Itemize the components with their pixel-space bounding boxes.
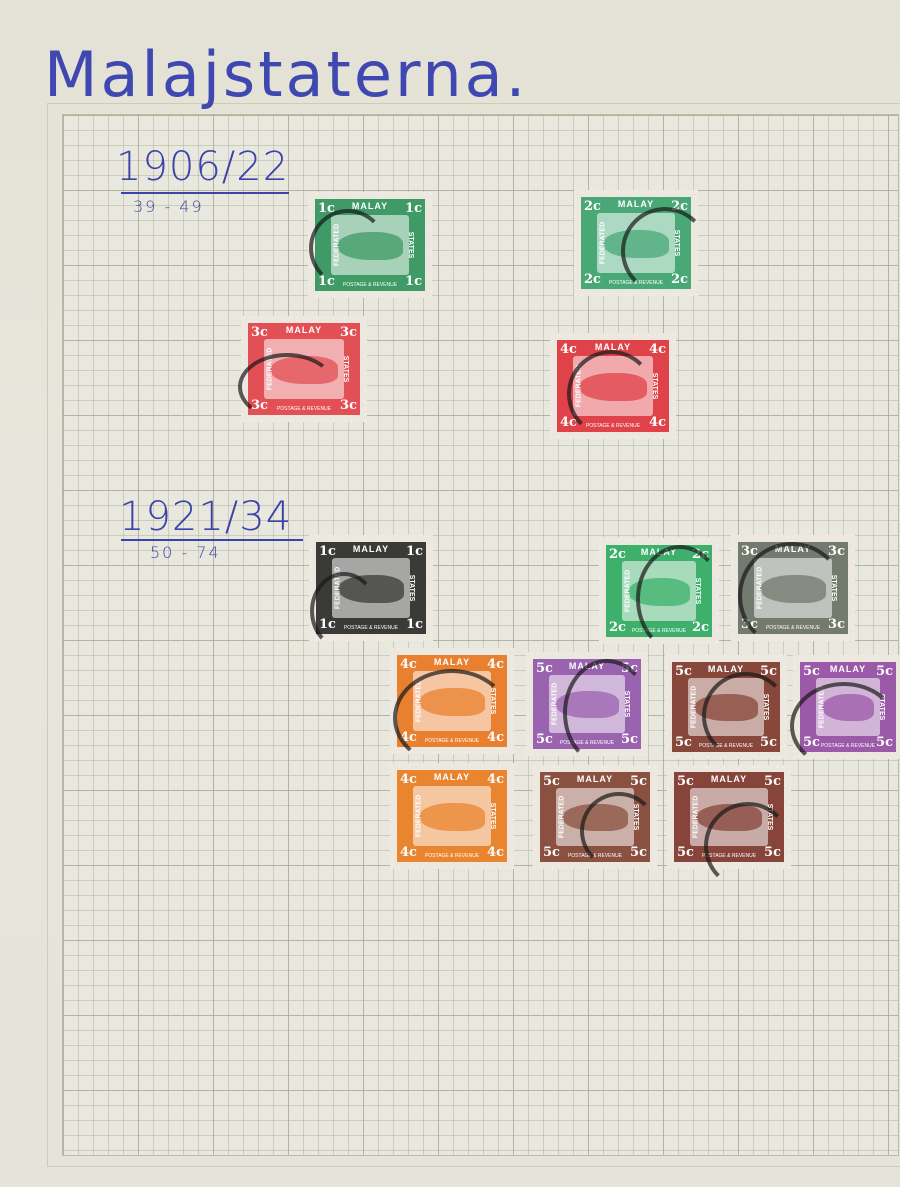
- stamp-1921-34-4c-4: 4c 4c 4c 4c MALAY FEDERATED STATES POSTA…: [390, 648, 514, 754]
- stamp-left-label: FEDERATED: [625, 570, 632, 612]
- stamp-top-label: MALAY: [316, 544, 426, 554]
- stamp-left-label: FEDERATED: [691, 686, 698, 728]
- stamp-1906-22-2c-2: 2c 2c 2c 2c MALAY FEDERATED STATES POSTA…: [574, 190, 698, 296]
- stamp-left-label: FEDERATED: [559, 796, 566, 838]
- postmark-icon: [738, 542, 846, 650]
- postmark-icon: [704, 802, 792, 890]
- section-2-catalogue-range: 50 - 74: [150, 543, 221, 562]
- stamp-bottom-label: POSTAGE & REVENUE: [397, 853, 507, 859]
- stamp-right-label: STATES: [342, 356, 349, 383]
- stamp-right-label: STATES: [489, 803, 496, 830]
- postmark-icon: [790, 682, 898, 770]
- stamp-1921-34-4c-8: 4c 4c 4c 4c MALAY FEDERATED STATES POSTA…: [390, 763, 514, 869]
- tiger-icon: [419, 803, 485, 831]
- stamp-left-label: FEDERATED: [693, 796, 700, 838]
- stamp-right-label: STATES: [408, 575, 415, 602]
- stamp-top-label: MALAY: [315, 201, 425, 211]
- stamp-right-label: STATES: [407, 232, 414, 259]
- section-2-year-range: 1921/34: [119, 494, 292, 540]
- stamp-top-label: MALAY: [540, 774, 650, 784]
- stamp-left-label: FEDERATED: [552, 683, 559, 725]
- postmark-icon: [563, 659, 651, 767]
- stamp-1921-34-1c-1: 1c 1c 1c 1c MALAY FEDERATED STATES POSTA…: [309, 535, 433, 641]
- postmark-icon: [238, 353, 336, 421]
- page-title: Malajstaterna.: [44, 38, 528, 111]
- stamp-1921-34-5c-9: 5c 5c 5c 5c MALAY FEDERATED STATES POSTA…: [533, 765, 657, 869]
- album-page: Malajstaterna. 1906/22 39 - 49 1921/34 5…: [0, 0, 900, 1187]
- stamp-1921-34-2c-2: 2c 2c 2c 2c MALAY FEDERATED STATES POSTA…: [599, 538, 719, 644]
- stamp-top-label: MALAY: [800, 664, 896, 674]
- stamp-left-label: FEDERATED: [600, 222, 607, 264]
- postmark-icon: [702, 672, 790, 760]
- postmark-icon: [310, 572, 378, 650]
- postmark-icon: [567, 350, 655, 438]
- stamp-1906-22-4c-4: 4c 4c 4c 4c MALAY FEDERATED STATES POSTA…: [550, 333, 676, 439]
- stamp-1921-34-3c-3: 3c 3c 3c 3c MALAY FEDERATED STATES POSTA…: [731, 535, 855, 641]
- stamp-1906-22-1c-1: 1c 1c 1c 1c MALAY FEDERATED STATES POSTA…: [308, 192, 432, 298]
- section-1-year-range: 1906/22: [116, 144, 289, 190]
- stamp-1921-34-5c-6: 5c 5c 5c 5c MALAY FEDERATED STATES POSTA…: [665, 655, 787, 759]
- postmark-icon: [621, 207, 709, 295]
- postmark-icon: [309, 209, 387, 287]
- stamp-top-label: MALAY: [674, 774, 784, 784]
- postmark-icon: [636, 545, 724, 653]
- section-1-catalogue-range: 39 - 49: [133, 197, 204, 216]
- stamp-1906-22-3c-3: 3c 3c 3c 3c MALAY FEDERATED STATES POSTA…: [241, 316, 367, 422]
- stamp-1921-34-5c-10: 5c 5c 5c 5c MALAY FEDERATED STATES POSTA…: [667, 765, 791, 869]
- stamp-1921-34-5c-5: 5c 5c 5c 5c MALAY FEDERATED STATES POSTA…: [526, 652, 648, 756]
- section-2-underline: [121, 539, 303, 541]
- postmark-icon: [580, 792, 658, 870]
- stamp-1921-34-5c-7: 5c 5c 5c 5c MALAY FEDERATED STATES POSTA…: [793, 655, 900, 759]
- stamp-top-label: MALAY: [397, 772, 507, 782]
- postmark-icon: [393, 669, 511, 767]
- stamp-top-label: MALAY: [397, 657, 507, 667]
- stamp-top-label: MALAY: [248, 325, 360, 335]
- section-1-underline: [121, 192, 289, 194]
- stamp-top-label: MALAY: [672, 664, 780, 674]
- stamp-left-label: FEDERATED: [416, 795, 423, 837]
